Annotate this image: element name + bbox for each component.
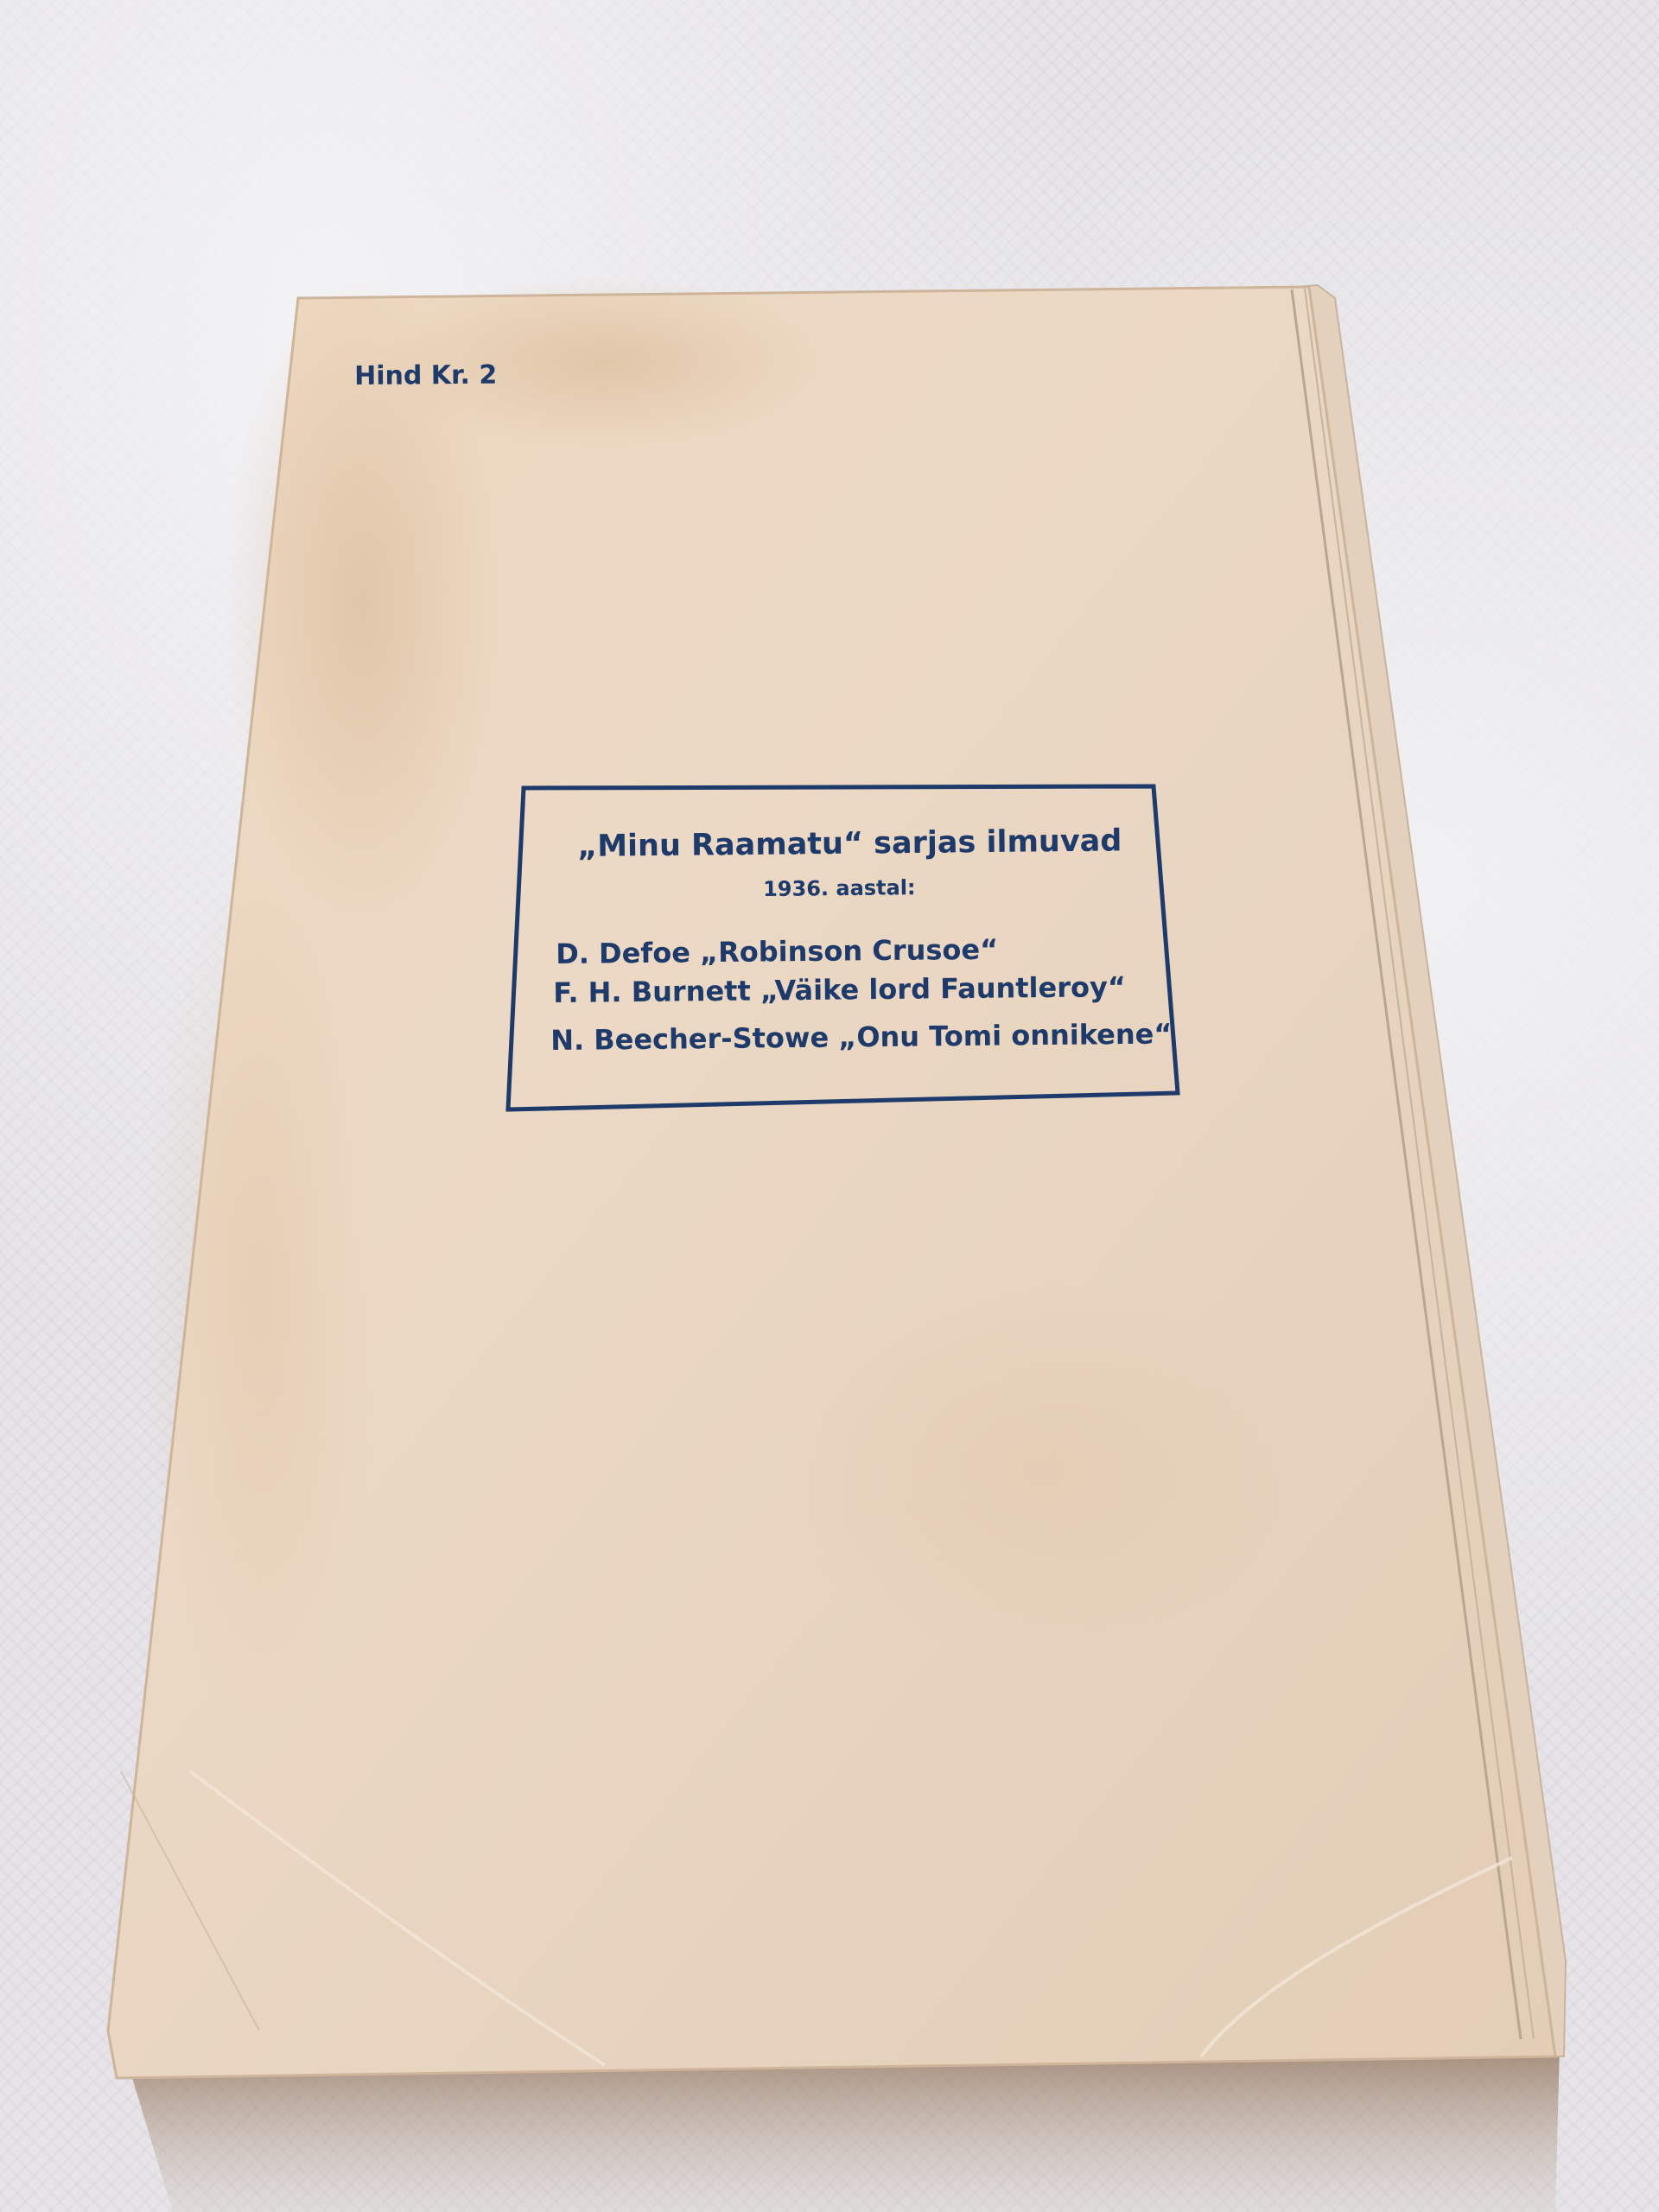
price-label: Hind Kr. 2 [354,360,497,391]
book-illustration [0,0,1659,2212]
book-entry-onu-tomi-onnikene: N. Beecher-Stowe „Onu Tomi onnikene“ [550,1017,1173,1057]
book-entry-robinson-crusoe: D. Defoe „Robinson Crusoe“ [556,933,998,970]
series-year: 1936. aastal: [763,875,916,901]
book-entry-vaike-lord-fauntleroy: F. H. Burnett „Väike lord Fauntleroy“ [553,970,1126,1009]
series-title: „Minu Raamatu“ sarjas ilmuvad [577,823,1122,864]
